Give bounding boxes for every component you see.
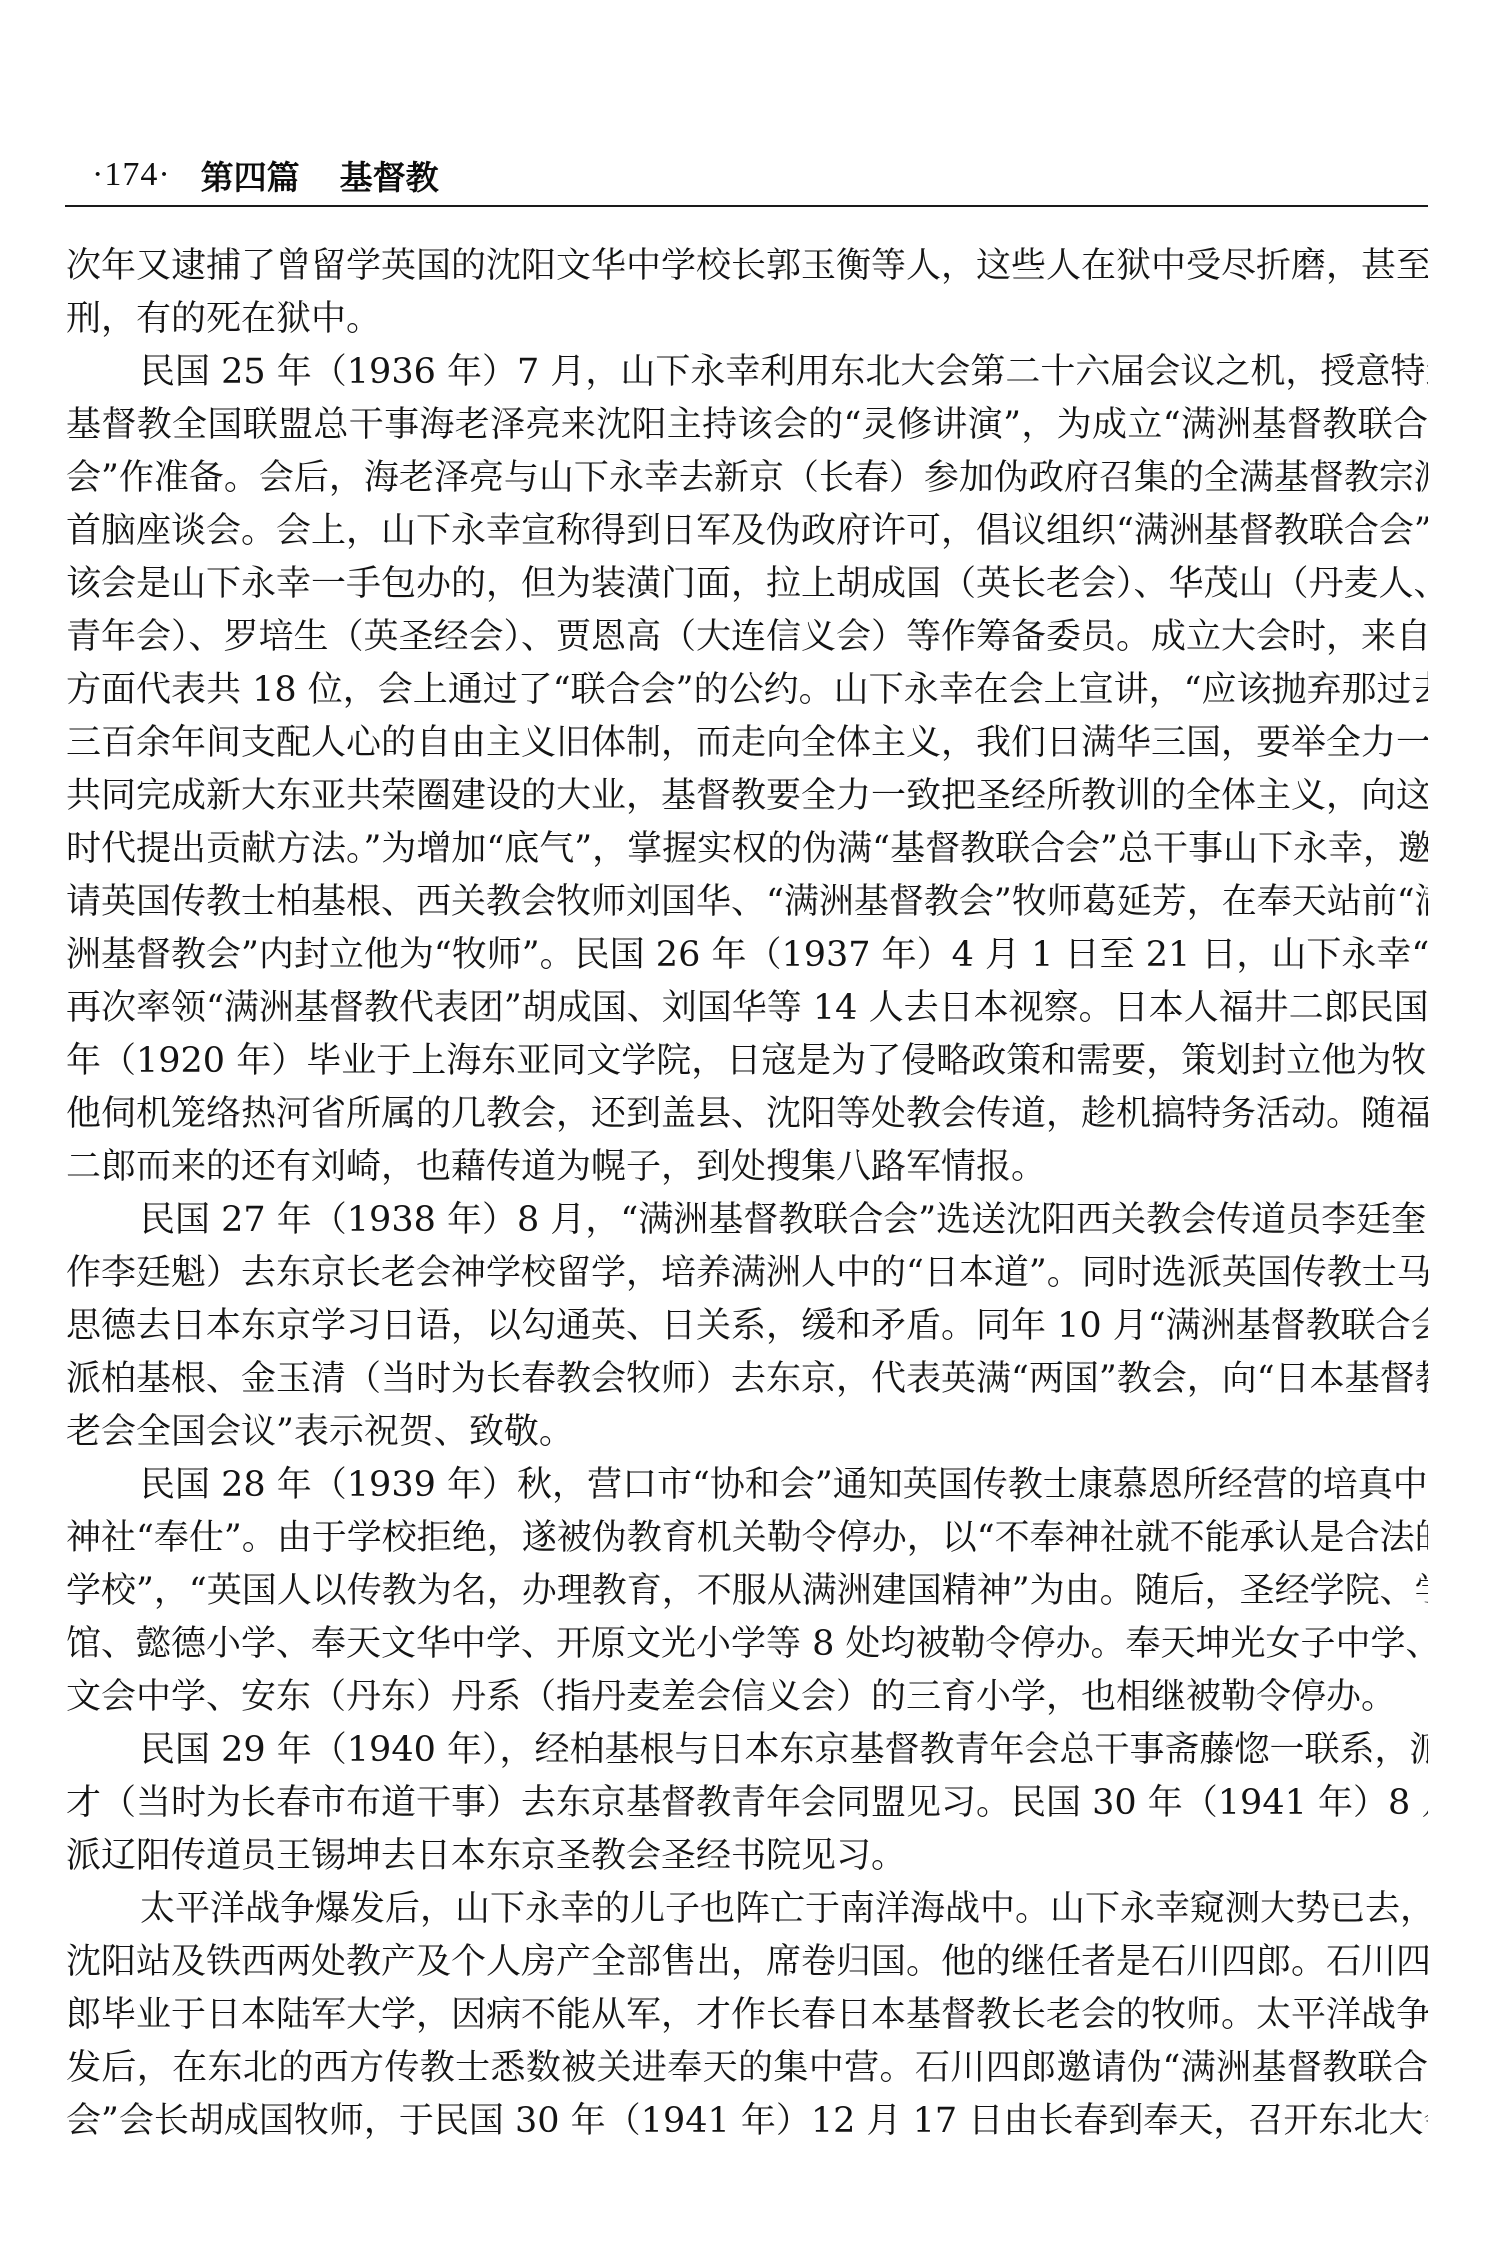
text-line: 时代提出贡献方法。”为增加“底气”，掌握实权的伪满“基督教联合会”总干事山下永幸… [66,823,1428,876]
text-line: 作李廷魁）去东京长老会神学校留学，培养满洲人中的“日本道”。同时选派英国传教士马 [66,1247,1428,1300]
paragraph: 民国 25 年（1936 年）7 月，山下永幸利用东北大会第二十六届会议之机，授… [66,346,1428,1194]
text-line: 派柏基根、金玉清（当时为长春教会牧师）去东京，代表英满“两国”教会，向“日本基督… [66,1353,1428,1406]
text-line: 派辽阳传道员王锡坤去日本东京圣教会圣经书院见习。 [66,1830,1428,1883]
text-line: 老会全国会议”表示祝贺、致敬。 [66,1406,1428,1459]
text-line: 刑，有的死在狱中。 [66,293,1428,346]
text-line: 请英国传教士柏基根、西关教会牧师刘国华、“满洲基督教会”牧师葛延芳，在奉天站前“… [66,876,1428,929]
text-line: 该会是山下永幸一手包办的，但为装潢门面，拉上胡成国（英长老会）、华茂山（丹麦人、… [66,558,1428,611]
text-line: 方面代表共 18 位，会上通过了“联合会”的公约。山下永幸在会上宣讲，“应该抛弃… [66,664,1428,717]
text-line: 基督教全国联盟总干事海老泽亮来沈阳主持该会的“灵修讲演”，为成立“满洲基督教联合 [66,399,1428,452]
text-line: 民国 28 年（1939 年）秋，营口市“协和会”通知英国传教士康慕恩所经营的培… [66,1459,1428,1512]
paragraph: 民国 29 年（1940 年），经柏基根与日本东京基督教青年会总干事斋藤惚一联系… [66,1724,1428,1883]
text-line: 郎毕业于日本陆军大学，因病不能从军，才作长春日本基督教长老会的牧师。太平洋战争爆 [66,1989,1428,2042]
body-text: 次年又逮捕了曾留学英国的沈阳文华中学校长郭玉衡等人，这些人在狱中受尽折磨，甚至酷… [66,240,1428,2148]
text-line: 思德去日本东京学习日语，以勾通英、日关系，缓和矛盾。同年 10 月“满洲基督教联… [66,1300,1428,1353]
text-line: 民国 27 年（1938 年）8 月，“满洲基督教联合会”选送沈阳西关教会传道员… [66,1194,1428,1247]
text-line: 他伺机笼络热河省所属的几教会，还到盖县、沈阳等处教会传道，趁机搞特务活动。随福井 [66,1088,1428,1141]
text-line: 再次率领“满洲基督教代表团”胡成国、刘国华等 14 人去日本视察。日本人福井二郎… [66,982,1428,1035]
text-line: 才（当时为长春市布道干事）去东京基督教青年会同盟见习。民国 30 年（1941 … [66,1777,1428,1830]
page-number: ·174· [92,156,171,194]
text-line: 青年会）、罗培生（英圣经会）、贾恩高（大连信义会）等作筹备委员。成立大会时，来自… [66,611,1428,664]
section-title: 基督教 [340,152,439,199]
paragraph: 太平洋战争爆发后，山下永幸的儿子也阵亡于南洋海战中。山下永幸窥测大势已去，将 沈… [66,1883,1428,2148]
part-title: 第四篇 [201,152,300,199]
text-line: 会”作准备。会后，海老泽亮与山下永幸去新京（长春）参加伪政府召集的全满基督教宗派 [66,452,1428,505]
text-line: 民国 25 年（1936 年）7 月，山下永幸利用东北大会第二十六届会议之机，授… [66,346,1428,399]
paragraph: 民国 28 年（1939 年）秋，营口市“协和会”通知英国传教士康慕恩所经营的培… [66,1459,1428,1724]
text-line: 沈阳站及铁西两处教产及个人房产全部售出，席卷归国。他的继任者是石川四郎。石川四 [66,1936,1428,1989]
paragraph: 民国 27 年（1938 年）8 月，“满洲基督教联合会”选送沈阳西关教会传道员… [66,1194,1428,1459]
text-line: 民国 29 年（1940 年），经柏基根与日本东京基督教青年会总干事斋藤惚一联系… [66,1724,1428,1777]
header-rule [65,205,1428,207]
text-line: 学校”，“英国人以传教为名，办理教育，不服从满洲建国精神”为由。随后，圣经学院、… [66,1565,1428,1618]
text-line: 洲基督教会”内封立他为“牧师”。民国 26 年（1937 年）4 月 1 日至 … [66,929,1428,982]
running-header: ·174· 第四篇 基督教 [92,152,439,198]
text-line: 发后，在东北的西方传教士悉数被关进奉天的集中营。石川四郎邀请伪“满洲基督教联合 [66,2042,1428,2095]
text-line: 次年又逮捕了曾留学英国的沈阳文华中学校长郭玉衡等人，这些人在狱中受尽折磨，甚至酷 [66,240,1428,293]
text-line: 会”会长胡成国牧师，于民国 30 年（1941 年）12 月 17 日由长春到奉… [66,2095,1428,2148]
text-line: 太平洋战争爆发后，山下永幸的儿子也阵亡于南洋海战中。山下永幸窥测大势已去，将 [66,1883,1428,1936]
text-line: 文会中学、安东（丹东）丹系（指丹麦差会信义会）的三育小学，也相继被勒令停办。 [66,1671,1428,1724]
text-line: 二郎而来的还有刘崎，也藉传道为幌子，到处搜集八路军情报。 [66,1141,1428,1194]
paragraph: 次年又逮捕了曾留学英国的沈阳文华中学校长郭玉衡等人，这些人在狱中受尽折磨，甚至酷… [66,240,1428,346]
text-line: 三百余年间支配人心的自由主义旧体制，而走向全体主义，我们日满华三国，要举全力一致 [66,717,1428,770]
text-line: 年（1920 年）毕业于上海东亚同文学院，日寇是为了侵略政策和需要，策划封立他为… [66,1035,1428,1088]
text-line: 神社“奉仕”。由于学校拒绝，遂被伪教育机关勒令停办，以“不奉神社就不能承认是合法… [66,1512,1428,1565]
text-line: 首脑座谈会。会上，山下永幸宣称得到日军及伪政府许可，倡议组织“满洲基督教联合会”… [66,505,1428,558]
text-line: 共同完成新大东亚共荣圈建设的大业，基督教要全力一致把圣经所教训的全体主义，向这新 [66,770,1428,823]
text-line: 馆、懿德小学、奉天文华中学、开原文光小学等 8 处均被勒令停办。奉天坤光女子中学… [66,1618,1428,1671]
